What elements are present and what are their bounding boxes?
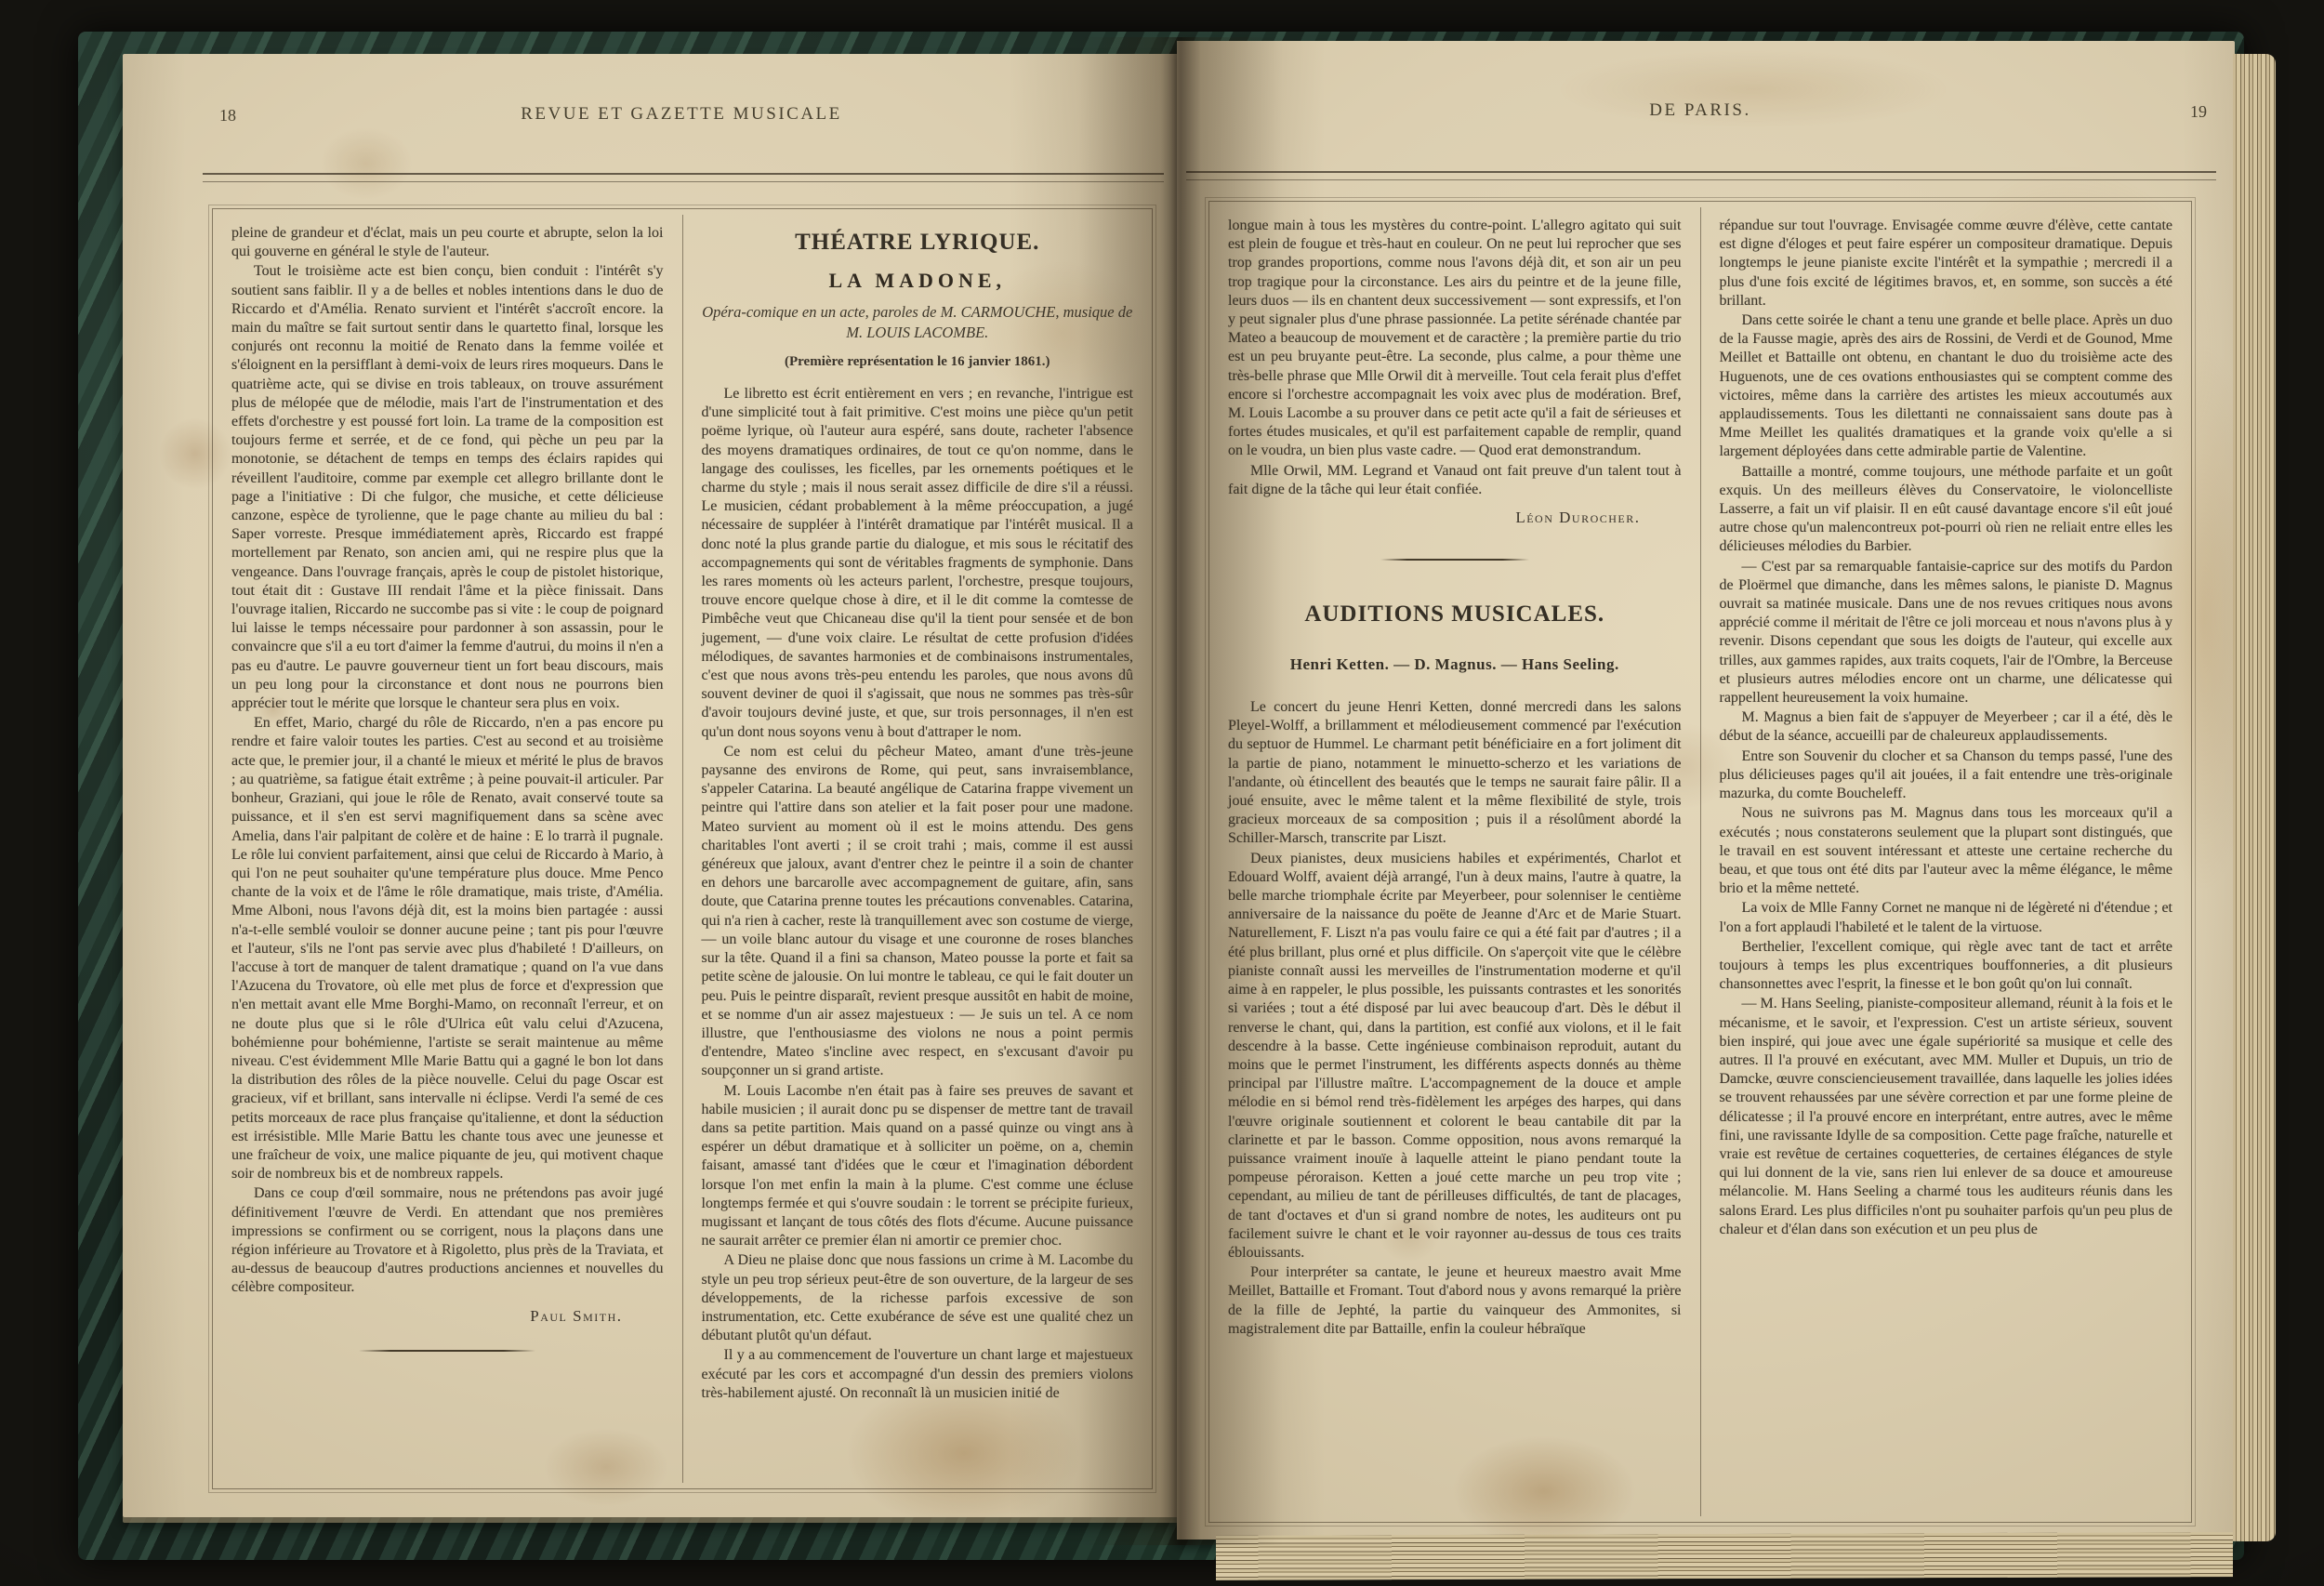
paragraph: — C'est par sa remarquable fantaisie-cap… (1720, 558, 2173, 708)
paragraph: Entre son Souvenir du clocher et sa Chan… (1720, 747, 2173, 804)
left-col-2: THÉATRE LYRIQUE. LA MADONE, Opéra-comiqu… (683, 209, 1153, 1488)
paragraph: En effet, Mario, chargé du rôle de Ricca… (231, 714, 664, 1183)
paragraph: Le libretto est écrit entièrement en ver… (702, 385, 1134, 742)
paragraph: Il y a au commencement de l'ouverture un… (702, 1346, 1134, 1403)
right-text-frame: longue main à tous les mystères du contr… (1208, 201, 2192, 1523)
paragraph: Mlle Orwil, MM. Legrand et Vanaud ont fa… (1228, 462, 1682, 499)
paragraph: M. Magnus a bien fait de s'appuyer de Me… (1720, 708, 2173, 746)
paragraph: A Dieu ne plaise donc que nous fassions … (702, 1251, 1134, 1345)
section-heading-auditions-musicales: AUDITIONS MUSICALES. (1228, 601, 1682, 628)
left-col-1: pleine de grandeur et d'éclat, mais un p… (213, 209, 682, 1488)
paragraph: Dans cette soirée le chant a tenu une gr… (1720, 311, 2173, 462)
signature-paul-smith: Paul Smith. (231, 1307, 623, 1326)
paragraph: Tout le troisième acte est bien conçu, b… (231, 262, 664, 713)
book-scan-photo: 18 REVUE ET GAZETTE MUSICALE pleine de g… (0, 0, 2324, 1586)
right-running-head: DE PARIS. (1208, 100, 2192, 121)
premiere-date-line: (Première représentation le 16 janvier 1… (702, 354, 1134, 370)
paragraph: longue main à tous les mystères du contr… (1228, 217, 1682, 461)
paragraph: Dans ce coup d'œil sommaire, nous ne pré… (231, 1184, 664, 1297)
paragraph: Ce nom est celui du pêcheur Mateo, amant… (702, 743, 1134, 1081)
work-title-la-madone: LA MADONE, (702, 269, 1134, 293)
paragraph: Berthelier, l'excellent comique, qui règ… (1720, 938, 2173, 995)
separator-rule (1380, 559, 1529, 561)
left-head-rule (203, 173, 1164, 182)
signature-leon-durocher: Léon Durocher. (1228, 509, 1641, 527)
right-col-2: répandue sur tout l'ouvrage. Envisagée c… (1701, 202, 2192, 1522)
paragraph: répandue sur tout l'ouvrage. Envisagée c… (1720, 217, 2173, 311)
section-heading-theatre-lyrique: THÉATRE LYRIQUE. (702, 230, 1134, 256)
paragraph: Le concert du jeune Henri Ketten, donné … (1228, 698, 1682, 849)
left-page: 18 REVUE ET GAZETTE MUSICALE pleine de g… (123, 54, 1177, 1517)
paragraph: M. Louis Lacombe n'en était pas à faire … (702, 1082, 1134, 1251)
right-page-number: 19 (2190, 102, 2207, 122)
paragraph: pleine de grandeur et d'éclat, mais un p… (231, 224, 664, 261)
auditions-subheading: Henri Ketten. — D. Magnus. — Hans Seelin… (1228, 655, 1682, 674)
paragraph: Deux pianistes, deux musiciens habiles e… (1228, 850, 1682, 1262)
work-credit-line: Opéra-comique en un acte, paroles de M. … (702, 302, 1134, 343)
right-col-1: longue main à tous les mystères du contr… (1209, 202, 1700, 1522)
separator-rule (359, 1350, 535, 1352)
paragraph: Pour interpréter sa cantate, le jeune et… (1228, 1263, 1682, 1339)
paragraph: Battaille a montré, comme toujours, une … (1720, 463, 2173, 557)
paragraph: La voix de Mlle Fanny Cornet ne manque n… (1720, 899, 2173, 936)
right-page: DE PARIS. 19 longue main à tous les myst… (1177, 41, 2235, 1540)
left-running-head: REVUE ET GAZETTE MUSICALE (212, 104, 1151, 125)
page-edges-right (2233, 54, 2276, 1541)
paragraph: Nous ne suivrons pas M. Magnus dans tous… (1720, 804, 2173, 898)
left-text-frame: pleine de grandeur et d'éclat, mais un p… (212, 208, 1153, 1489)
paragraph: — M. Hans Seeling, pianiste-compositeur … (1720, 995, 2173, 1239)
right-head-rule (1186, 171, 2216, 180)
page-edges-bottom (1216, 1532, 2233, 1580)
